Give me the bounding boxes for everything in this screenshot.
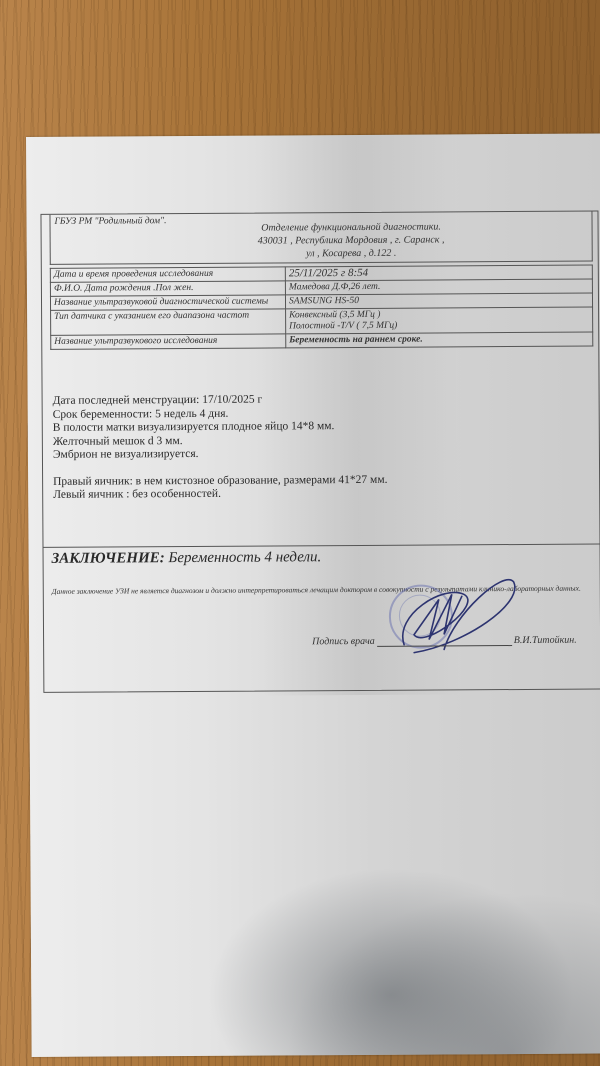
info-table: Дата и время проведения исследования 25/… (50, 265, 593, 350)
row-label: Название ультразвукового исследования (51, 334, 286, 349)
findings: Дата последней менструации: 17/10/2025 г… (53, 393, 388, 503)
report-frame: ГБУЗ РМ "Родильный дом". Отделение функц… (40, 211, 600, 693)
report-header: ГБУЗ РМ "Родильный дом". Отделение функц… (49, 212, 592, 265)
row-label: Название ультразвуковой диагностической … (50, 295, 285, 310)
row-label: Дата и время проведения исследования (50, 267, 285, 282)
signature-line (377, 635, 512, 647)
conclusion-text: Беременность 4 недели. (165, 549, 322, 566)
signature-label: Подпись врача (312, 636, 375, 647)
row-label: Тип датчика с указанием его диапазона ча… (51, 309, 286, 335)
table-row: Тип датчика с указанием его диапазона ча… (51, 307, 593, 335)
conclusion: ЗАКЛЮЧЕНИЕ: Беременность 4 недели. (52, 549, 322, 568)
doctor-name: В.И.Титойкин. (514, 635, 577, 646)
divider (44, 544, 600, 548)
row-value: Конвексный (3,5 МГц ) Полостной -T/V ( 7… (286, 307, 593, 334)
paper-sheet: ГБУЗ РМ "Родильный дом". Отделение функц… (26, 133, 600, 1056)
department-address: Отделение функциональной диагностики. 43… (51, 220, 592, 262)
conclusion-label: ЗАКЛЮЧЕНИЕ: (52, 550, 165, 567)
table-row: Название ультразвукового исследования Бе… (51, 332, 593, 349)
row-label: Ф.И.О. Дата рождения .Пол жен. (50, 281, 285, 296)
signature-block: Подпись врача В.И.Титойкин. (312, 635, 577, 648)
row-value: Беременность на раннем сроке. (286, 332, 593, 348)
